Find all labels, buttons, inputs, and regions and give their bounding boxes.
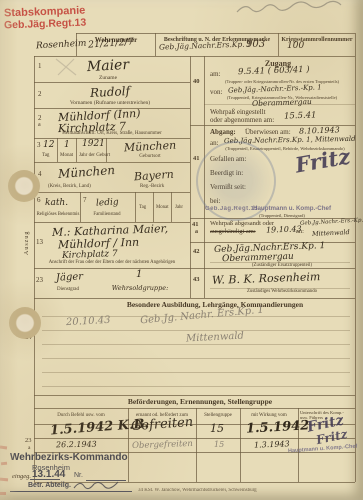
wbk-value: W. B. K. Rosenheim bbox=[212, 270, 321, 287]
promotion-row1-group: 15 bbox=[210, 422, 224, 435]
befoerderung-col3-header: Stellengruppe bbox=[204, 413, 232, 418]
rule-line bbox=[196, 408, 197, 482]
clerk-initials-signature bbox=[70, 478, 130, 492]
rule-line bbox=[171, 192, 172, 222]
pay-group-value: 1 bbox=[136, 269, 142, 280]
rule-line bbox=[34, 408, 355, 409]
field-43-number: 43 bbox=[193, 276, 200, 283]
rule-line bbox=[34, 192, 190, 193]
field-23a-number: 23 bbox=[25, 437, 32, 444]
wehrpass-eingestellt-label2: oder abgenommen am: bbox=[210, 116, 274, 124]
unit-stamp-line2: Geb.Jäg.Regt.13 bbox=[4, 17, 87, 32]
wbk-stamp-bottom-line bbox=[10, 491, 132, 492]
field-4-number: 4 bbox=[38, 170, 42, 178]
red-edge-mark bbox=[0, 446, 7, 450]
promotion-row2-rank: Obergefreiten bbox=[132, 439, 193, 451]
rule-line bbox=[34, 268, 355, 269]
surname-label: Zuname bbox=[99, 75, 117, 81]
ausbildung-entry-date: 20.10.43 bbox=[66, 315, 111, 328]
field-2a-number: 2 bbox=[38, 114, 42, 122]
wbk-stamp-line1: Wehrbezirks-Kommando bbox=[10, 452, 128, 463]
birth-month-label: Monat bbox=[60, 153, 73, 158]
wehrnummer-place-value: Rosenheim bbox=[36, 39, 87, 52]
stamp-sublabel: (Truppenteil, Dienstgrad) bbox=[259, 213, 305, 218]
punch-hole bbox=[9, 307, 41, 339]
wehrpass-abgesandt-label1: Wehrpaß abgesandt oder bbox=[210, 220, 274, 227]
unit-stamp-fragment: Geb.Jäg.Regt.13 bbox=[205, 206, 258, 212]
marriage-month-label: Monat bbox=[156, 205, 169, 210]
rule-line bbox=[355, 33, 356, 482]
promotion-row2-group: 15 bbox=[214, 440, 224, 449]
zugang-von-label: von: bbox=[210, 88, 222, 96]
kriegsstammrollennummer-value: 100 bbox=[287, 41, 304, 51]
field-41a-suffix: a bbox=[195, 229, 198, 235]
rule-line bbox=[34, 56, 355, 57]
wehrpass-abgesandt-an-label: an: bbox=[296, 228, 304, 235]
birth-month-value: 1 bbox=[64, 140, 70, 150]
field-3-number: 3 bbox=[37, 141, 41, 149]
promotion-row1-effective-date: 1.5.1942 bbox=[246, 418, 310, 436]
birth-year-label: Jahr der Geburt bbox=[79, 153, 110, 158]
befoerderung-col4-header: mit Wirkung vom bbox=[251, 413, 287, 418]
rule-line bbox=[42, 344, 350, 345]
rule-line bbox=[34, 82, 190, 83]
rule-line bbox=[278, 33, 279, 56]
erkennungsmarke-value: Geb.Jäg.Nachr.Ers.Kp. 1 bbox=[159, 39, 252, 51]
rule-line bbox=[42, 372, 350, 373]
field-13-number: 13 bbox=[36, 238, 43, 246]
field-1-number: 1 bbox=[38, 62, 42, 70]
ersatztruppenteil-label: (Zuständiger Ersatztruppenteil) bbox=[252, 263, 312, 268]
zugang-am-value: 9.5.41 ( 603/41 ) bbox=[238, 65, 310, 77]
pencil-mark bbox=[52, 55, 82, 79]
rule-line bbox=[76, 138, 77, 162]
wehrpass-abgesandt-label2: ausgehändigt am: bbox=[210, 228, 256, 235]
red-edge-mark bbox=[0, 492, 6, 495]
promotion-row2-effective-date: 1.3.1943 bbox=[254, 439, 290, 449]
red-edge-mark bbox=[0, 478, 8, 482]
wehrnummer-value: 21/21/2/7 bbox=[88, 36, 135, 50]
rank-value: Jäger bbox=[56, 271, 84, 283]
rule-line bbox=[80, 192, 81, 222]
rule-line bbox=[190, 56, 191, 298]
field-42-number: 42 bbox=[193, 248, 200, 255]
field-2-number: 2 bbox=[38, 90, 42, 98]
punch-hole bbox=[8, 170, 40, 202]
red-edge-mark bbox=[1, 462, 7, 466]
firstname-label: Vornamen (Rufname unterstreichen) bbox=[70, 100, 150, 106]
rule-line bbox=[155, 33, 156, 56]
rule-line bbox=[240, 408, 241, 482]
rule-line bbox=[34, 395, 355, 396]
margin-note: Auszug bbox=[24, 231, 30, 255]
rule-line bbox=[34, 438, 355, 439]
field-7-number: 7 bbox=[83, 196, 87, 204]
befoerderung-title: Beförderungen, Ernennungen, Stellengrupp… bbox=[128, 397, 272, 406]
birthplace-value: München bbox=[124, 139, 177, 155]
field-23a-suffix: a bbox=[28, 445, 30, 451]
land-label: Reg.-Bezirk bbox=[140, 184, 164, 189]
abgang-ueberwiesen-label: Überwiesen am: bbox=[245, 128, 291, 136]
rule-line bbox=[106, 138, 107, 162]
erkennungsmarke-number: 903 bbox=[246, 39, 265, 50]
ausbildung-entry-place: Mittenwald bbox=[186, 330, 244, 344]
surname-value: Maier bbox=[87, 57, 130, 75]
rule-line bbox=[57, 138, 58, 162]
rule-line bbox=[34, 56, 35, 482]
rule-line bbox=[34, 298, 355, 299]
rank-stamp-text: Hauptmann u. Komp.-Chef bbox=[253, 205, 331, 212]
promotion-row1-rank: Gefreiten bbox=[131, 415, 194, 434]
marital-status-value: ledig bbox=[96, 197, 119, 208]
wbk-stamp-date-underline bbox=[30, 479, 60, 480]
kriegsstammrolle-document: Stabskompanie Geb.Jäg.Regt.13 Wehrnummer… bbox=[0, 0, 363, 500]
rule-line bbox=[42, 386, 350, 387]
pay-group-label: Wehrsoldgruppe: bbox=[112, 284, 169, 292]
zugang-am-sublabel: (Truppen- oder Kriegsstammrollen-Nr. des… bbox=[225, 79, 339, 84]
wehrpass-abgesandt-place: Mittenwald bbox=[312, 228, 350, 238]
field-41a-number: 41 bbox=[192, 221, 199, 228]
zugang-von-value: Geb.Jäg.-Nachr.-Ers.-Kp. 1 bbox=[228, 83, 322, 94]
field-6-number: 6 bbox=[37, 196, 41, 204]
marriage-year-label: Jahr bbox=[175, 205, 183, 210]
zugang-am-label: am: bbox=[210, 70, 221, 78]
abgang-ueberwiesen-date: 8.10.1943 bbox=[299, 125, 340, 135]
birth-year-value: 1921 bbox=[82, 139, 105, 149]
birth-day-value: 12 bbox=[43, 140, 54, 150]
field-41-number: 41 bbox=[193, 155, 200, 162]
next-of-kin-label: Anschrift der Frau oder der Eltern oder … bbox=[49, 260, 175, 265]
field-2a-suffix: a bbox=[38, 122, 41, 128]
field-40-number: 40 bbox=[193, 78, 200, 85]
home-address-label: Heimatanschrift: Ort, Kreis, Straße, Hau… bbox=[62, 131, 162, 136]
wehrpass-eingestellt-label1: Wehrpaß eingestellt bbox=[210, 108, 266, 116]
rule-line bbox=[76, 33, 355, 34]
marriage-day-label: Tag bbox=[139, 205, 146, 210]
rule-line bbox=[153, 192, 154, 222]
birthplace-label: Geburtsort bbox=[139, 154, 160, 159]
promotion-row2-order-date: 26.2.1943 bbox=[56, 440, 97, 450]
befoerderung-col1-header: Durch Befehl usw. vom bbox=[57, 413, 104, 418]
zugang-von-place: Oberammergau bbox=[252, 97, 312, 108]
print-note: 34 KSt. W. Jänichow, Wehrmachtsdruckerei… bbox=[138, 488, 257, 493]
ausbildung-title: Besondere Ausbildung, Lehrgänge, Kommand… bbox=[127, 300, 303, 309]
religion-value: kath. bbox=[45, 198, 68, 208]
rule-line bbox=[135, 192, 136, 222]
rule-line bbox=[42, 330, 350, 331]
birth-day-label: Tag bbox=[42, 153, 49, 158]
land-value: Bayern bbox=[134, 168, 175, 184]
field-23-number: 23 bbox=[36, 276, 43, 284]
wehrpass-eingestellt-date: 15.5.41 bbox=[284, 110, 317, 121]
religion-label: Religiöses Bekenntnis bbox=[37, 212, 80, 217]
firstname-value: Rudolf bbox=[90, 84, 131, 100]
wbk-label: Zuständiges Wehrbezirkskommando bbox=[247, 289, 317, 294]
abgang-title: Abgang: bbox=[210, 128, 236, 136]
kreis-label: (Kreis, Bezirk, Land) bbox=[48, 184, 91, 189]
pencil-scribble bbox=[233, 0, 355, 18]
marital-status-label: Familienstand bbox=[93, 212, 120, 217]
wbk-stamp-eingeg-label: eingeg. bbox=[12, 473, 31, 480]
kreis-value: München bbox=[58, 163, 116, 181]
rank-label: Dienstgrad bbox=[57, 287, 79, 292]
wbk-stamp-abteilung-label: Betr. Abteilg. bbox=[28, 482, 71, 489]
rule-line bbox=[42, 358, 350, 359]
